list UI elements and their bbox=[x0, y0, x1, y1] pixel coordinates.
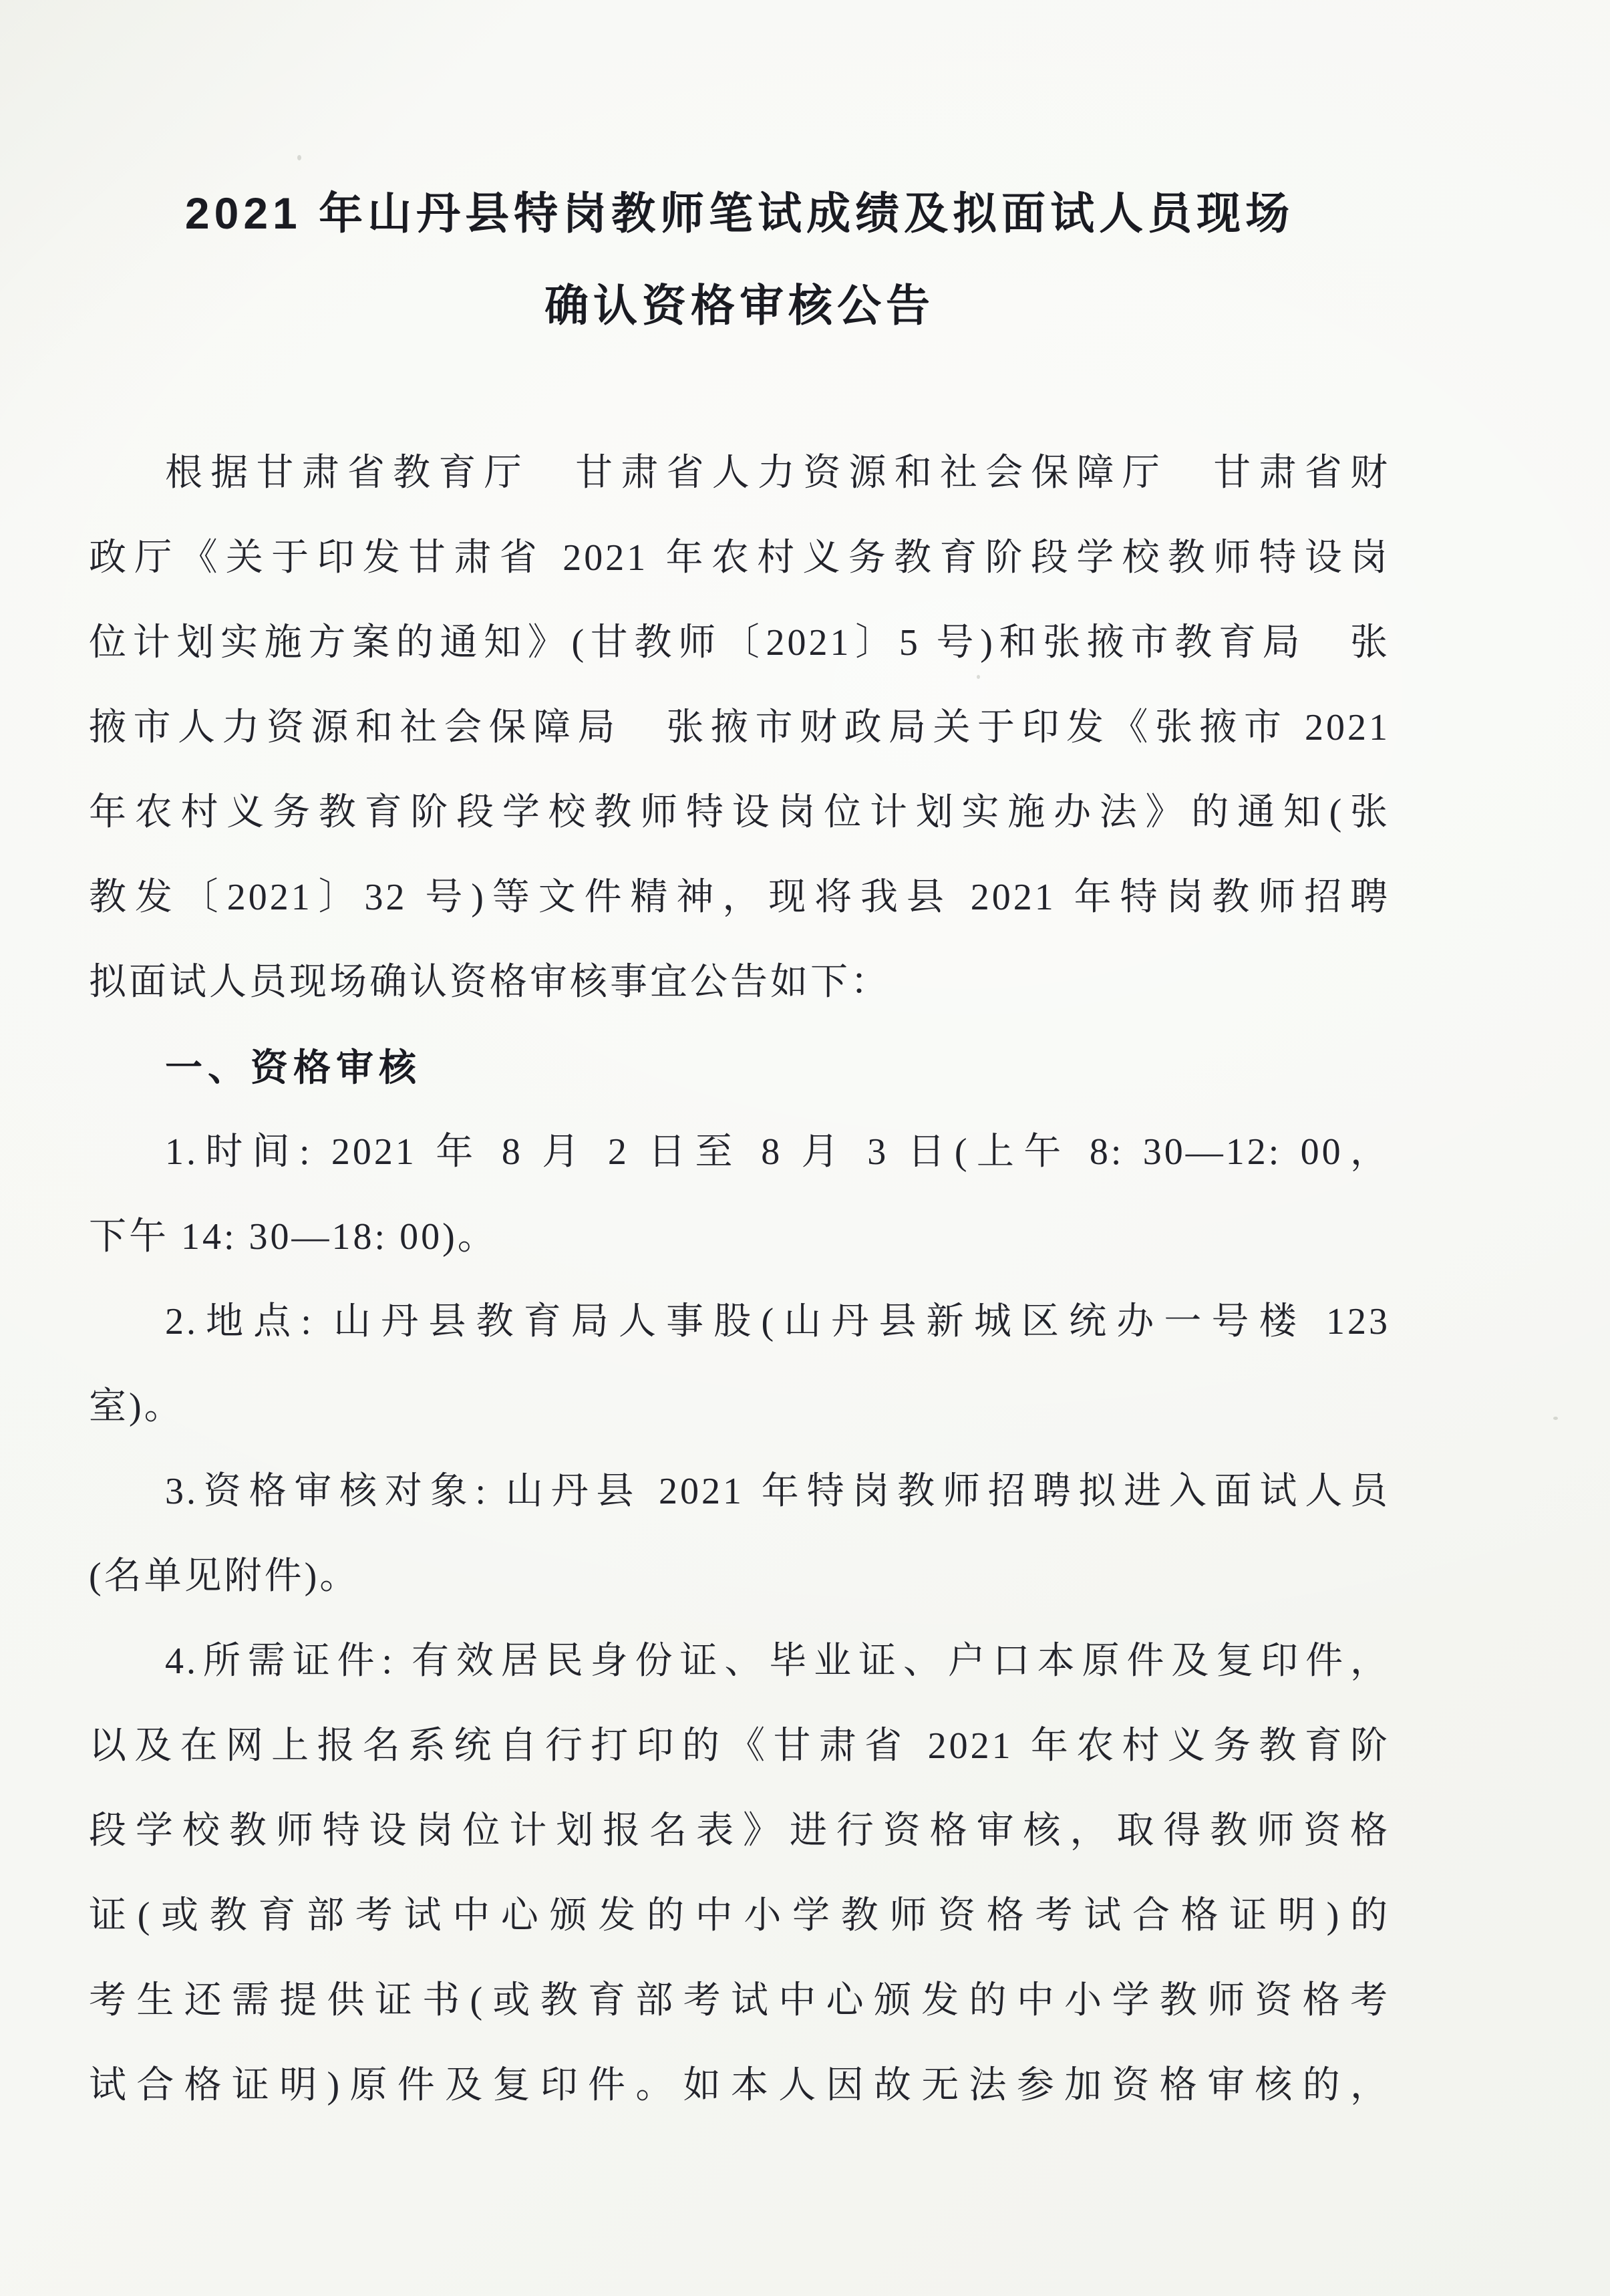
document-line: 3.资格审核对象: 山丹县 2021 年特岗教师招聘拟进入面试人员 bbox=[89, 1449, 1390, 1534]
document-line: 试合格证明)原件及复印件。如本人因故无法参加资格审核的， bbox=[89, 2043, 1390, 2128]
document-page: 2021 年山丹县特岗教师笔试成绩及拟面试人员现场 确认资格审核公告 根据甘肃省… bbox=[0, 0, 1610, 2296]
document-line: 证(或教育部考试中心颁发的中小学教师资格考试合格证明)的 bbox=[89, 1874, 1390, 1959]
section-heading: 一、资格审核 bbox=[89, 1025, 1390, 1110]
document-line: 教发〔2021〕32 号)等文件精神，现将我县 2021 年特岗教师招聘 bbox=[89, 855, 1390, 940]
document-title: 2021 年山丹县特岗教师笔试成绩及拟面试人员现场 确认资格审核公告 bbox=[90, 167, 1389, 351]
document-line: 段学校教师特设岗位计划报名表》进行资格审核，取得教师资格 bbox=[89, 1789, 1390, 1874]
document-line: 以及在网上报名系统自行打印的《甘肃省 2021 年农村义务教育阶 bbox=[89, 1704, 1390, 1789]
document-line: 根据甘肃省教育厅 甘肃省人力资源和社会保障厅 甘肃省财 bbox=[89, 431, 1390, 516]
document-line: 掖市人力资源和社会保障局 张掖市财政局关于印发《张掖市 2021 bbox=[89, 686, 1390, 770]
document-line: 下午 14: 30—18: 00)。 bbox=[89, 1195, 1390, 1280]
document-body: 根据甘肃省教育厅 甘肃省人力资源和社会保障厅 甘肃省财 政厅《关于印发甘肃省 2… bbox=[89, 431, 1390, 2128]
document-title-line-2: 确认资格审核公告 bbox=[90, 259, 1389, 351]
document-line: 2.地点: 山丹县教育局人事股(山丹县新城区统办一号楼 123 bbox=[89, 1280, 1390, 1365]
scan-speck bbox=[297, 155, 301, 160]
document-line: 考生还需提供证书(或教育部考试中心颁发的中小学教师资格考 bbox=[89, 1959, 1390, 2043]
document-line: 拟面试人员现场确认资格审核事宜公告如下： bbox=[89, 940, 1390, 1025]
document-line: 室)。 bbox=[89, 1365, 1390, 1449]
document-line: 位计划实施方案的通知》(甘教师〔2021〕5 号)和张掖市教育局 张 bbox=[89, 601, 1390, 686]
scan-speck bbox=[1553, 1417, 1558, 1420]
document-line: 4.所需证件: 有效居民身份证、毕业证、户口本原件及复印件， bbox=[89, 1619, 1390, 1704]
document-line: 年农村义务教育阶段学校教师特设岗位计划实施办法》的通知(张 bbox=[89, 770, 1390, 855]
document-line: 1.时间: 2021 年 8 月 2 日至 8 月 3 日(上午 8: 30—1… bbox=[89, 1110, 1390, 1195]
document-line: 政厅《关于印发甘肃省 2021 年农村义务教育阶段学校教师特设岗 bbox=[89, 516, 1390, 601]
document-line: (名单见附件)。 bbox=[89, 1534, 1390, 1619]
document-title-line-1: 2021 年山丹县特岗教师笔试成绩及拟面试人员现场 bbox=[90, 167, 1389, 259]
